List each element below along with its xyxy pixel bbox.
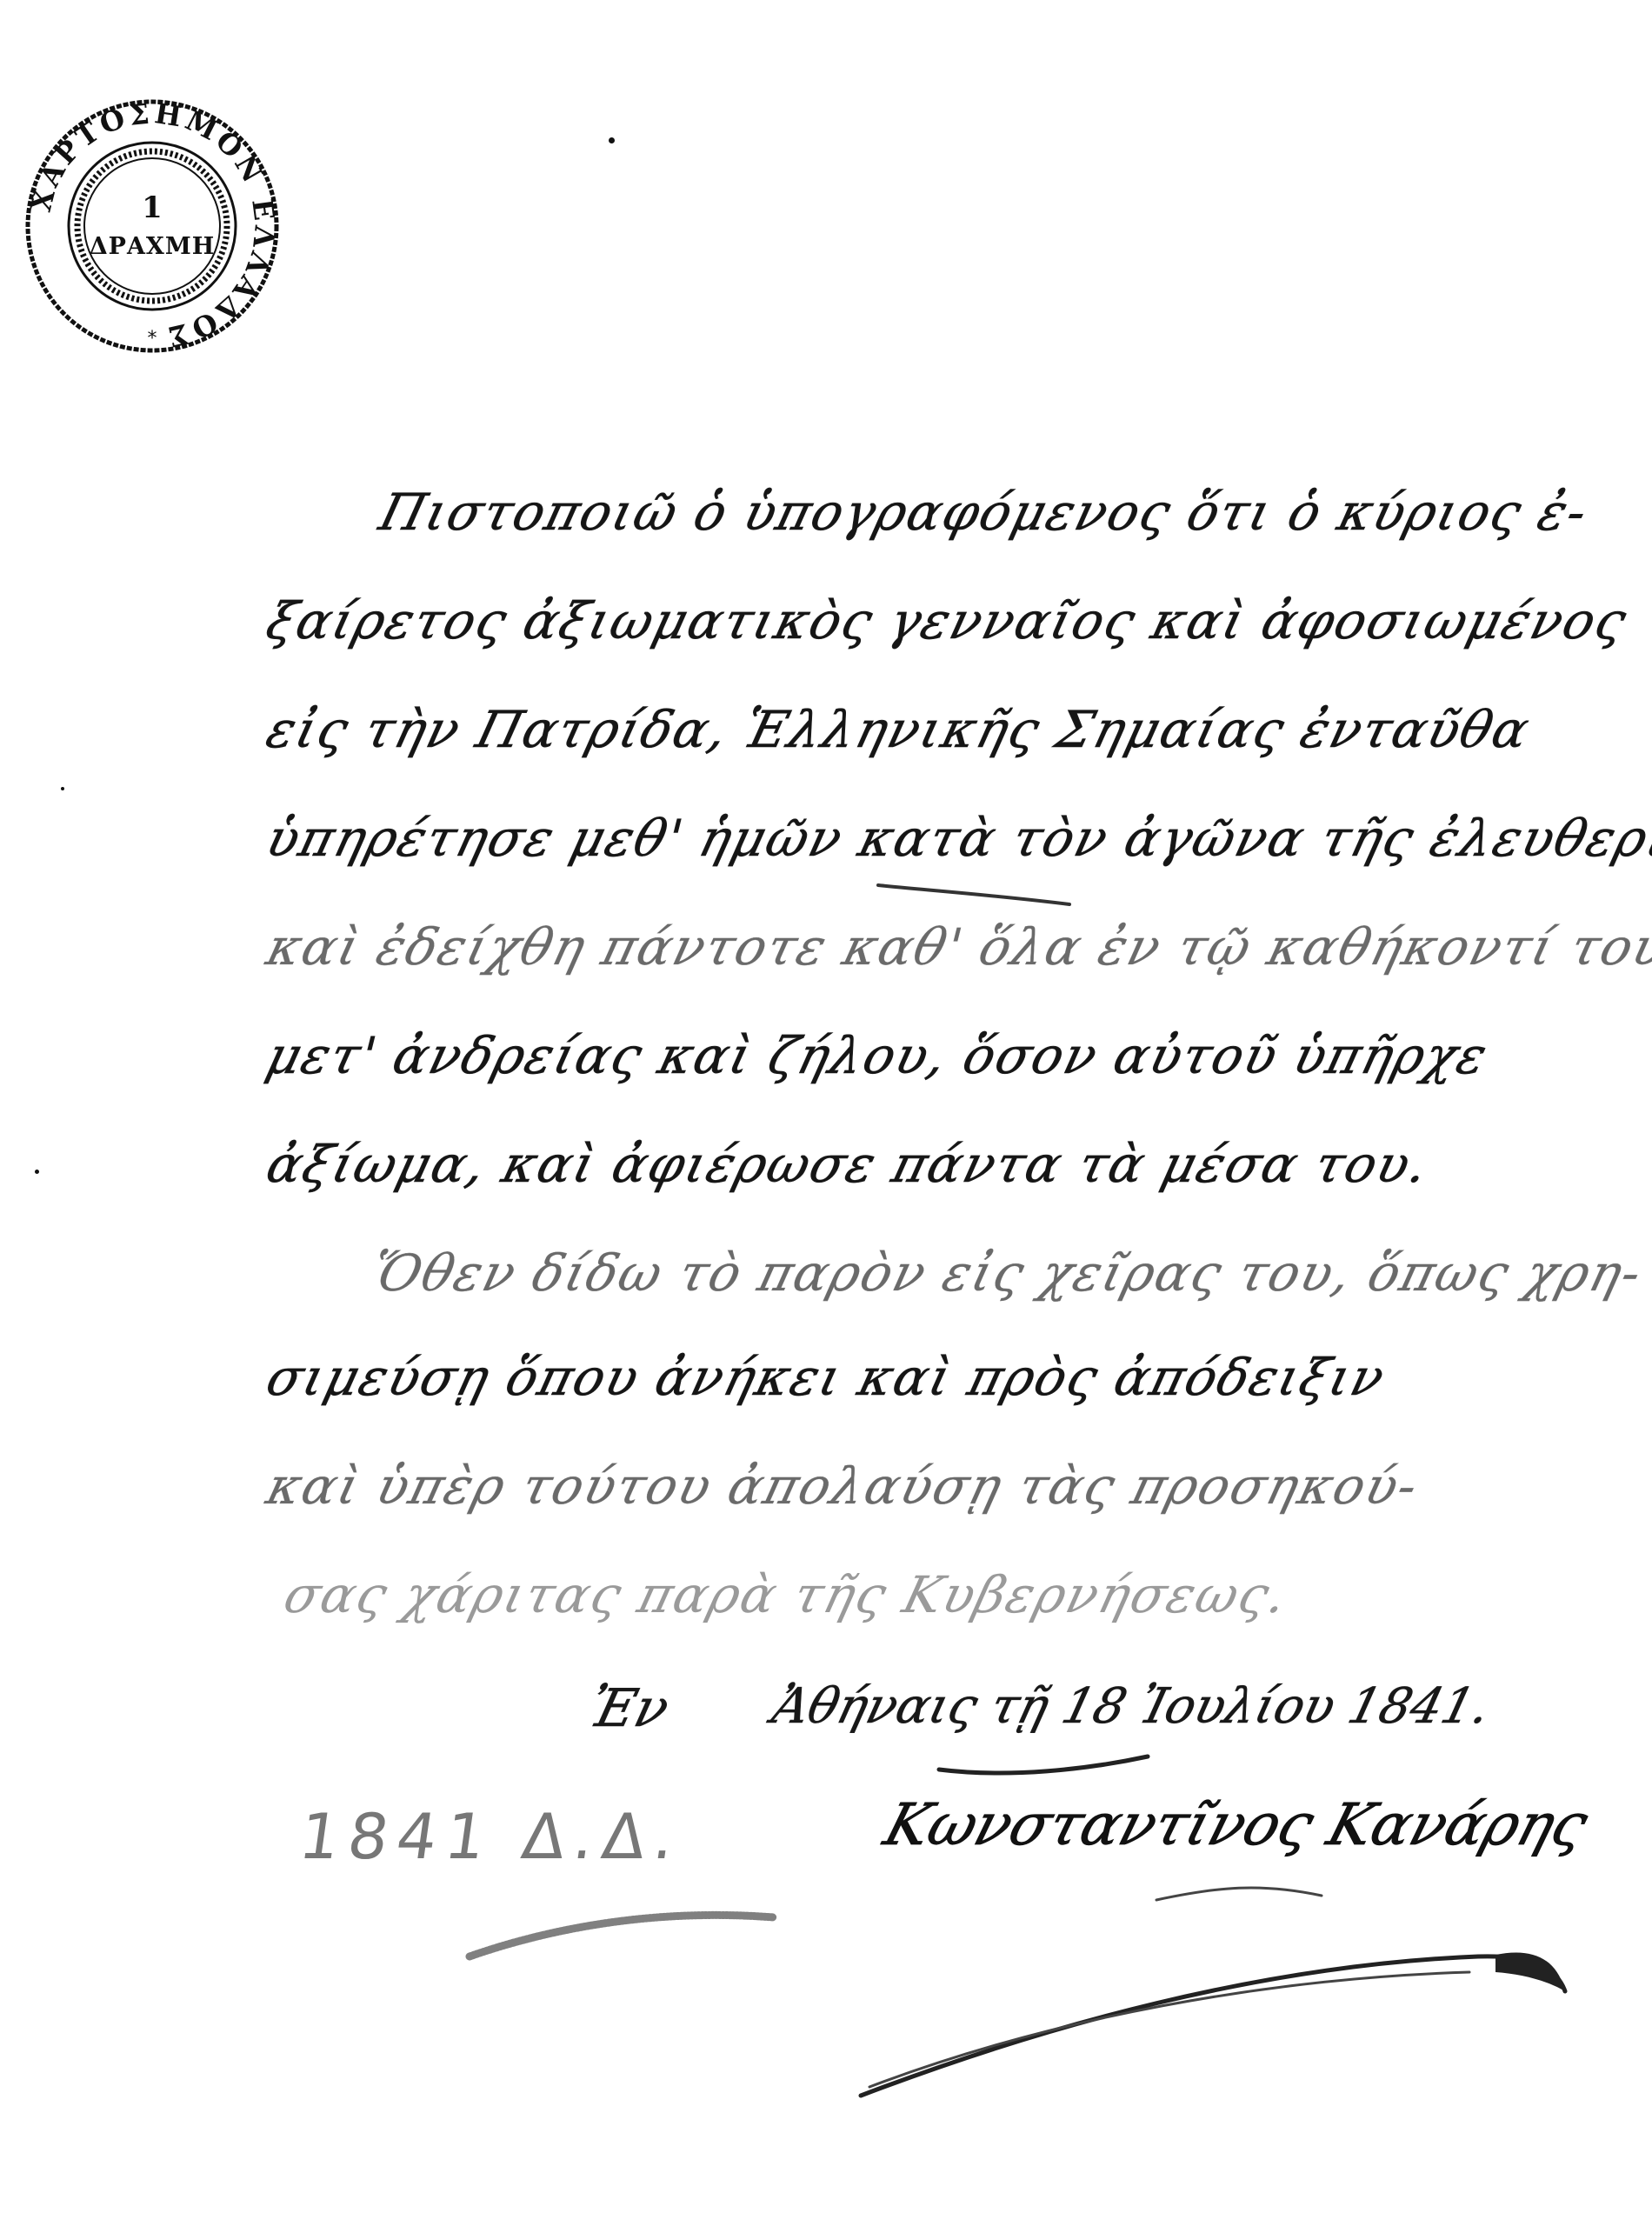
- handwritten-line: καὶ ὑπὲρ τούτου ἀπολαύσῃ τὰς προσηκού-: [261, 1456, 1425, 1516]
- ink-speck: [609, 137, 615, 143]
- dateline: Ἀθήναις τῇ 18 Ἰουλίου 1841.: [767, 1678, 1496, 1735]
- revenue-stamp: ΧΑΡΤΟΣΗΜΟΝ ΕΛΛΑΔΟΣ 1 ΔΡΑΧΜΗ *: [22, 96, 283, 357]
- svg-text:*: *: [148, 328, 157, 350]
- handwritten-line: Ὅθεν δίδω τὸ παρὸν εἰς χεῖρας του, ὅπως …: [365, 1243, 1649, 1303]
- handwritten-line: ἀξίωμα, καὶ ἀφιέρωσε πάντα τὰ μέσα του.: [261, 1135, 1436, 1194]
- handwritten-line: σας χάριτας παρὰ τῆς Κυβερνήσεως.: [278, 1565, 1295, 1624]
- handwritten-line: Πιστοποιῶ ὁ ὑπογραφόμενος ὅτι ὁ κύριος ἐ…: [374, 483, 1595, 542]
- handwritten-line: μετ' ἀνδρείας καὶ ζήλου, ὅσον αὐτοῦ ὑπῆρ…: [261, 1026, 1495, 1085]
- svg-text:ΔΡΑΧΜΗ: ΔΡΑΧΜΗ: [90, 233, 216, 260]
- stamp-seal-icon: ΧΑΡΤΟΣΗΜΟΝ ΕΛΛΑΔΟΣ 1 ΔΡΑΧΜΗ *: [22, 96, 283, 357]
- place-prefix: Ἐν: [583, 1678, 675, 1739]
- document-page: ΧΑΡΤΟΣΗΜΟΝ ΕΛΛΑΔΟΣ 1 ΔΡΑΧΜΗ * Πιστοποιῶ …: [0, 0, 1652, 2213]
- handwritten-line: ξαίρετος ἀξιωματικὸς γενναῖος καὶ ἀφοσιω…: [261, 591, 1634, 650]
- signature: Κωνσταντῖνος Κανάρης: [877, 1791, 1595, 1858]
- handwritten-line: σιμεύσῃ ὅπου ἀνήκει καὶ πρὸς ἀπόδειξιν: [261, 1348, 1392, 1407]
- handwritten-line: εἰς τὴν Πατρίδα, Ἑλληνικῆς Σημαίας ἐνταῦ…: [261, 700, 1536, 759]
- handwritten-line: ὑπηρέτησε μεθ' ἡμῶν κατὰ τὸν ἀγῶνα τῆς ἐ…: [261, 809, 1652, 868]
- svg-text:1: 1: [142, 190, 163, 225]
- ink-speck: [61, 787, 64, 790]
- handwritten-line: καὶ ἐδείχθη πάντοτε καθ' ὅλα ἐν τῷ καθήκ…: [261, 917, 1652, 977]
- ink-speck: [35, 1170, 39, 1174]
- archive-annotation: 1841 Δ.Δ.: [295, 1800, 688, 1873]
